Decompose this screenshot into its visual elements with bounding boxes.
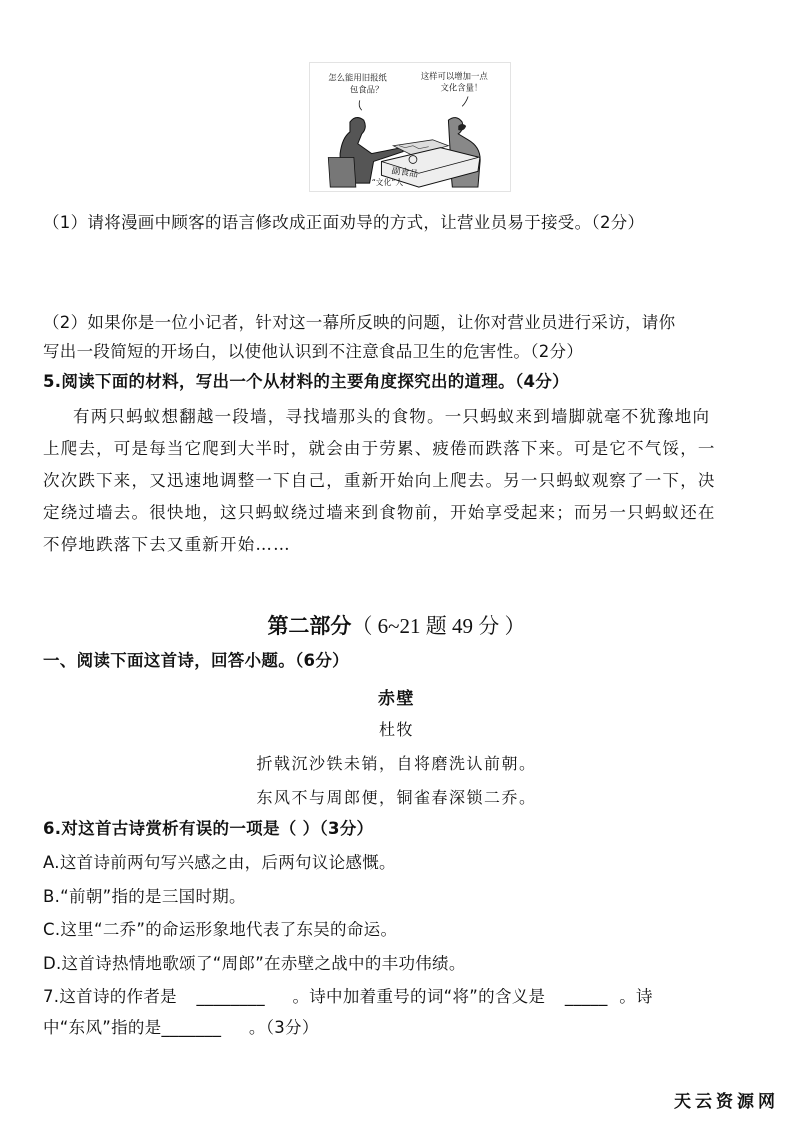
svg-text:怎么能用旧报纸: 怎么能用旧报纸 [328, 73, 387, 83]
q7-blank-author[interactable]: ________ [197, 986, 265, 1008]
q7-line1: 7.这首诗的作者是 ________ 。诗中加着重号的词“将”的含义是 ____… [43, 986, 653, 1008]
q7-text-a: 7.这首诗的作者是 [43, 987, 177, 1006]
q7-line2: 中“东风”指的是_______ 。（3分） [43, 1017, 319, 1039]
poem-author: 杜牧 [0, 717, 793, 740]
part2-title-range: （ 6~21 题 49 分 ） [351, 614, 525, 638]
cartoon-drawing: 副食品 怎么能用旧报纸 包食品？ 这样可以增加一点 文化含量！ “文化”人 [310, 63, 510, 191]
q7-text-e: 。（3分） [249, 1018, 319, 1037]
q5-passage: 有两只蚂蚁想翻越一段墙，寻找墙那头的食物。一只蚂蚁来到墙脚就毫不犹豫地向 上爬去… [43, 401, 758, 561]
part2-title: 第二部分（ 6~21 题 49 分 ） [0, 613, 793, 639]
poem-line-1: 折戟沉沙铁未销，自将磨洗认前朝。 [0, 751, 793, 774]
q7-text-d: 中“东风”指的是 [43, 1018, 162, 1037]
passage-line-5: 不停地跌落下去又重新开始…… [43, 529, 758, 561]
q6-option-d: D.这首诗热情地歌颂了“周郎”在赤壁之战中的丰功伟绩。 [43, 953, 466, 975]
q5-title: 5.阅读下面的材料，写出一个从材料的主要角度探究出的道理。（4分） [43, 371, 569, 393]
passage-line-1: 有两只蚂蚁想翻越一段墙，寻找墙那头的食物。一只蚂蚁来到墙脚就毫不犹豫地向 [43, 401, 758, 433]
q6-option-c: C.这里“二乔”的命运形象地代表了东吴的命运。 [43, 919, 397, 941]
passage-line-3: 次次跌下来，又迅速地调整一下自己，重新开始向上爬去。另一只蚂蚁观察了一下，决 [43, 465, 758, 497]
q7-text-c: 。诗 [619, 987, 653, 1006]
q6-option-b: B.“前朝”指的是三国时期。 [43, 886, 246, 908]
svg-text:“文化”人: “文化”人 [372, 177, 404, 187]
q6-option-a: A.这首诗前两句写兴感之由，后两句议论感慨。 [43, 852, 396, 874]
poem-line-2: 东风不与周郎便，铜雀春深锁二乔。 [0, 785, 793, 808]
q7-blank-dongfeng[interactable]: _______ [162, 1017, 222, 1039]
q4-sub1: （1）请将漫画中顾客的语言修改成正面劝导的方式，让营业员易于接受。（2分） [43, 212, 644, 234]
watermark-text: 天云资源网 [674, 1087, 779, 1112]
passage-line-2: 上爬去，可是每当它爬到大半时，就会由于劳累、疲倦而跌落下来。可是它不气馁，一 [43, 433, 758, 465]
q4-sub2-line2: 写出一段简短的开场白，以使他认识到不注意食品卫生的危害性。（2分） [43, 341, 583, 363]
section1-heading: 一、阅读下面这首诗，回答小题。（6分） [43, 650, 349, 672]
q6-stem: 6.对这首古诗赏析有误的一项是（ ）（3分） [43, 818, 373, 840]
svg-text:文化含量！: 文化含量！ [441, 83, 483, 93]
cartoon-image: 副食品 怎么能用旧报纸 包食品？ 这样可以增加一点 文化含量！ “文化”人 [309, 62, 511, 192]
svg-text:包食品？: 包食品？ [350, 85, 383, 95]
q4-sub2-line1: （2）如果你是一位小记者，针对这一幕所反映的问题，让你对营业员进行采访，请你 [43, 312, 675, 334]
svg-text:这样可以增加一点: 这样可以增加一点 [421, 71, 489, 81]
part2-title-main: 第二部分 [267, 613, 351, 638]
q7-text-b: 。诗中加着重号的词“将”的含义是 [292, 987, 545, 1006]
passage-line-4: 定绕过墙去。很快地，这只蚂蚁绕过墙来到食物前，开始享受起来；而另一只蚂蚁还在 [43, 497, 758, 529]
poem-title: 赤壁 [0, 684, 793, 709]
q7-blank-jiang[interactable]: _____ [565, 986, 608, 1008]
